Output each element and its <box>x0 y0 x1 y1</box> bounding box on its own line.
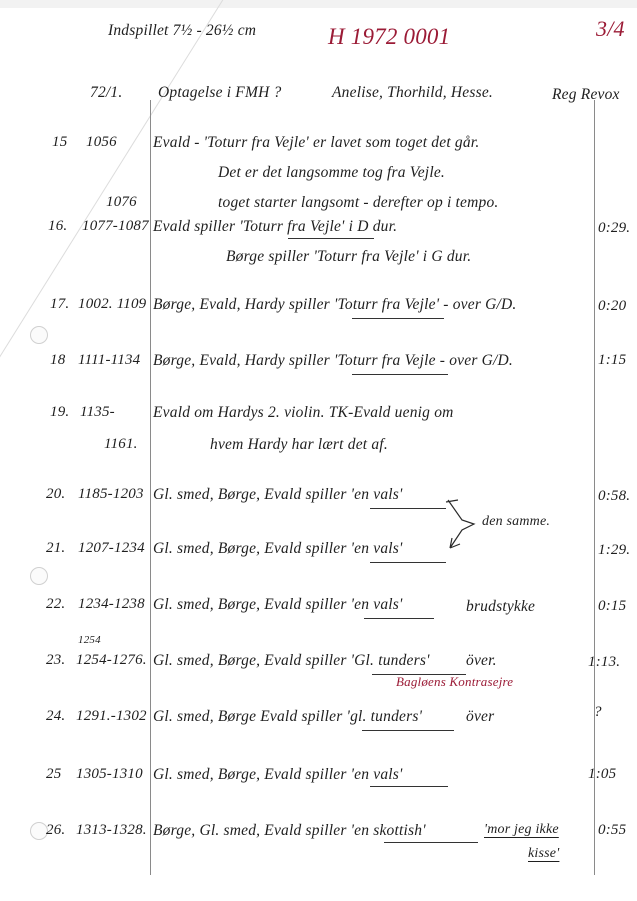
entry-duration: 0:20 <box>598 298 626 315</box>
entry-number: 24. <box>46 708 65 725</box>
title-underline <box>364 618 434 619</box>
entry-counter: 1254-1276. <box>76 652 147 669</box>
page-number: 3/4 <box>596 16 625 42</box>
entry-counter: 1234-1238 <box>78 596 145 613</box>
people: Anelise, Thorhild, Hesse. <box>332 84 493 102</box>
entry-number: 19. <box>50 404 69 421</box>
red-annotation: Bagløens Kontrasejre <box>396 674 513 690</box>
entry-number: 25 <box>46 766 61 783</box>
entry-duration: 0:29. <box>598 220 630 237</box>
entry-text: Gl. smed, Børge, Evald spiller 'Gl. tund… <box>153 652 430 670</box>
entry-duration: ? <box>594 704 602 721</box>
entry-number: 15 <box>52 134 67 151</box>
entry-note: kisse' <box>528 846 559 862</box>
column-divider-left <box>150 100 151 875</box>
title-underline <box>370 508 446 509</box>
entry-counter: 1185-1203 <box>78 486 144 503</box>
entry-counter: 1305-1310 <box>76 766 143 783</box>
title-underline <box>384 842 478 843</box>
entry-duration: 1:29. <box>598 542 630 559</box>
entry-text: toget starter langsomt - derefter op i t… <box>218 194 499 212</box>
entry-duration: 1:05 <box>588 766 616 783</box>
entry-note: brudstykke <box>466 598 535 616</box>
entry-text: Børge, Evald, Hardy spiller 'Toturr fra … <box>153 296 517 314</box>
punch-hole <box>30 567 48 585</box>
entry-counter: 1002. 1109 <box>78 296 146 313</box>
entry-counter: 1056 <box>86 134 117 151</box>
title-underline <box>352 318 444 319</box>
entry-note: över <box>466 708 494 726</box>
bracket-label: den samme. <box>482 514 550 530</box>
title-underline <box>370 786 448 787</box>
archive-number: H 1972 0001 <box>328 24 450 50</box>
entry-number: 17. <box>50 296 69 313</box>
entry-text: Gl. smed, Børge, Evald spiller 'en vals' <box>153 596 403 614</box>
header-title: Indspillet 7½ - 26½ cm <box>108 22 256 40</box>
entry-text: Evald om Hardys 2. violin. TK-Evald ueni… <box>153 404 454 422</box>
entry-text: Evald - 'Toturr fra Vejle' er lavet som … <box>153 134 479 152</box>
entry-text: hvem Hardy har lært det af. <box>210 436 388 454</box>
entry-text: Børge spiller 'Toturr fra Vejle' i G dur… <box>226 248 471 266</box>
entry-number: 21. <box>46 540 65 557</box>
entry-counter-end: 1076 <box>106 194 137 211</box>
entry-duration: 0:55 <box>598 822 626 839</box>
entry-duration: 0:15 <box>598 598 626 615</box>
entry-number: 18 <box>50 352 65 369</box>
entry-number: 20. <box>46 486 65 503</box>
entry-number: 23. <box>46 652 65 669</box>
session-number: 72/1. <box>90 84 122 102</box>
entry-counter: 1077-1087 <box>82 218 149 235</box>
entry-counter-end: 1161. <box>104 436 138 453</box>
entry-counter: 1135- <box>80 404 115 421</box>
scan-edge <box>0 0 637 8</box>
title-underline <box>362 730 454 731</box>
entry-number: 16. <box>48 218 67 235</box>
entry-text: Det er det langsomme tog fra Vejle. <box>218 164 445 182</box>
recording-info: Optagelse i FMH ? <box>158 84 282 102</box>
entry-counter: 1207-1234 <box>78 540 145 557</box>
entry-text: Gl. smed, Børge, Evald spiller 'en vals' <box>153 540 403 558</box>
entry-counter: 1291.-1302 <box>76 708 147 725</box>
counter-correction: 1254 <box>78 634 101 646</box>
entry-duration: 1:13. <box>588 654 620 671</box>
entry-text: Gl. smed, Børge Evald spiller 'gl. tunde… <box>153 708 422 726</box>
entry-text: Gl. smed, Børge, Evald spiller 'en vals' <box>153 766 403 784</box>
entry-counter: 1313-1328. <box>76 822 147 839</box>
entry-note: över. <box>466 652 497 670</box>
entry-text: Børge, Gl. smed, Evald spiller 'en skott… <box>153 822 426 840</box>
punch-hole <box>30 326 48 344</box>
entry-note: 'mor jeg ikke <box>484 822 559 838</box>
entry-text: Evald spiller 'Toturr fra Vejle' i D dur… <box>153 218 397 236</box>
entry-counter: 1111-1134 <box>78 352 140 369</box>
title-underline <box>372 674 466 675</box>
entry-duration: 0:58. <box>598 488 630 505</box>
entry-number: 22. <box>46 596 65 613</box>
title-underline <box>370 562 446 563</box>
entry-number: 26. <box>46 822 65 839</box>
entry-text: Gl. smed, Børge, Evald spiller 'en vals' <box>153 486 403 504</box>
title-underline <box>288 238 374 239</box>
title-underline <box>352 374 448 375</box>
column-divider-right <box>594 100 595 875</box>
entry-duration: 1:15 <box>598 352 626 369</box>
entry-text: Børge, Evald, Hardy spiller 'Toturr fra … <box>153 352 513 370</box>
recording-device: Reg Revox <box>552 86 620 104</box>
